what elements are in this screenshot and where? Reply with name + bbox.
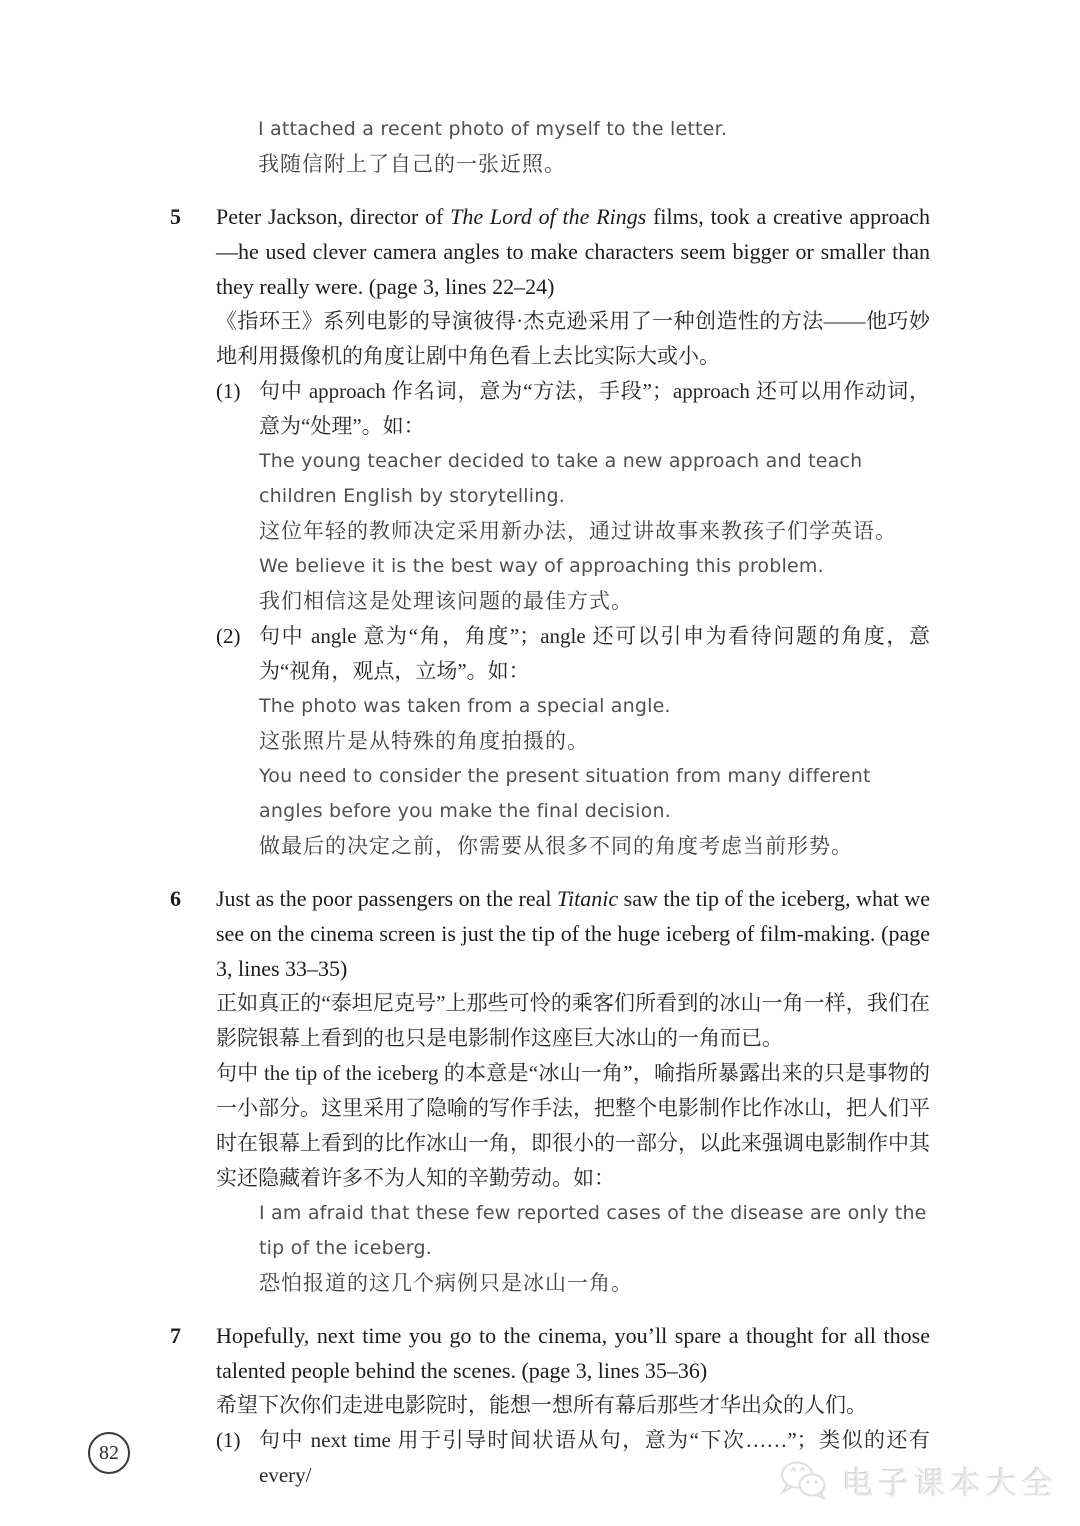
item-5-sub-1-example-1-english: The young teacher decided to take a new … (259, 444, 930, 514)
item-6-body: Just as the poor passengers on the real … (216, 881, 930, 1301)
item-6-english-sentence: Just as the poor passengers on the real … (216, 881, 930, 986)
item-5-sub-1-body: 句中 approach 作名词，意为“方法，手段”；approach 还可以用作… (259, 374, 930, 619)
item-5-sub-2-example-1-chinese: 这张照片是从特殊的角度拍摄的。 (259, 724, 930, 759)
item-5-title-italic: The Lord of the Rings (450, 204, 646, 229)
item-5-body: Peter Jackson, director of The Lord of t… (216, 199, 930, 864)
item-5-sub-1-example-1-chinese: 这位年轻的教师决定采用新办法，通过讲故事来教孩子们学英语。 (259, 514, 930, 549)
item-6-example-1-english: I am afraid that these few reported case… (259, 1196, 930, 1266)
item-6-english-pre: Just as the poor passengers on the real (216, 886, 557, 911)
item-5-sub-2-example-1-english: The photo was taken from a special angle… (259, 689, 930, 724)
item-5-chinese-translation: 《指环王》系列电影的导演彼得·杰克逊采用了一种创造性的方法——他巧妙地利用摄像机… (216, 304, 930, 374)
item-5-sub-1-note: 句中 approach 作名词，意为“方法，手段”；approach 还可以用作… (259, 374, 930, 444)
item-5-sub-1-marker: (1) (216, 374, 259, 619)
item-6-number: 6 (170, 881, 216, 1301)
item-6: 6 Just as the poor passengers on the rea… (170, 881, 930, 1301)
page-number: 82 (99, 1442, 119, 1465)
item-5-number: 5 (170, 199, 216, 864)
item-5-english-pre: Peter Jackson, director of (216, 204, 450, 229)
item-6-note: 句中 the tip of the iceberg 的本意是“冰山一角”，喻指所… (216, 1056, 930, 1196)
page-number-badge: 82 (88, 1432, 130, 1474)
item-5-sub-2-example-2-english: You need to consider the present situati… (259, 759, 930, 829)
item-5-sub-1-example-2-english: We believe it is the best way of approac… (259, 549, 930, 584)
wechat-chat-bubbles-icon (778, 1459, 830, 1503)
item-5-sub-2-example-2-chinese: 做最后的决定之前，你需要从很多不同的角度考虑当前形势。 (259, 829, 930, 864)
item-5-sub-1: (1) 句中 approach 作名词，意为“方法，手段”；approach 还… (216, 374, 930, 619)
item-5-sub-2-note: 句中 angle 意为“角，角度”；angle 还可以引申为看待问题的角度，意为… (259, 619, 930, 689)
item-7-number: 7 (170, 1318, 216, 1493)
item-5-sub-2-marker: (2) (216, 619, 259, 864)
intro-example-chinese: 我随信附上了自己的一张近照。 (258, 147, 930, 182)
item-7-english-sentence: Hopefully, next time you go to the cinem… (216, 1318, 930, 1388)
item-7-sub-1-marker: (1) (216, 1423, 259, 1493)
item-7-chinese-translation: 希望下次你们走进电影院时，能想一想所有幕后那些才华出众的人们。 (216, 1388, 930, 1423)
intro-example-english: I attached a recent photo of myself to t… (258, 112, 930, 147)
watermark-text: 电子课本大全 (842, 1458, 1058, 1503)
intro-example-block: I attached a recent photo of myself to t… (258, 112, 930, 182)
publisher-watermark: 电子课本大全 (778, 1458, 1058, 1503)
item-6-example-1-chinese: 恐怕报道的这几个病例只是冰山一角。 (259, 1266, 930, 1301)
textbook-page: I attached a recent photo of myself to t… (0, 0, 1080, 1526)
page-content: I attached a recent photo of myself to t… (0, 0, 1080, 1493)
item-6-chinese-translation: 正如真正的“泰坦尼克号”上那些可怜的乘客们所看到的冰山一角一样，我们在影院银幕上… (216, 986, 930, 1056)
item-5-sub-1-example-2-chinese: 我们相信这是处理该问题的最佳方式。 (259, 584, 930, 619)
item-5-sub-2-body: 句中 angle 意为“角，角度”；angle 还可以引申为看待问题的角度，意为… (259, 619, 930, 864)
item-5: 5 Peter Jackson, director of The Lord of… (170, 199, 930, 864)
item-6-title-italic: Titanic (557, 886, 618, 911)
item-5-english-sentence: Peter Jackson, director of The Lord of t… (216, 199, 930, 304)
item-5-sub-2: (2) 句中 angle 意为“角，角度”；angle 还可以引申为看待问题的角… (216, 619, 930, 864)
item-6-example-block: I am afraid that these few reported case… (259, 1196, 930, 1301)
